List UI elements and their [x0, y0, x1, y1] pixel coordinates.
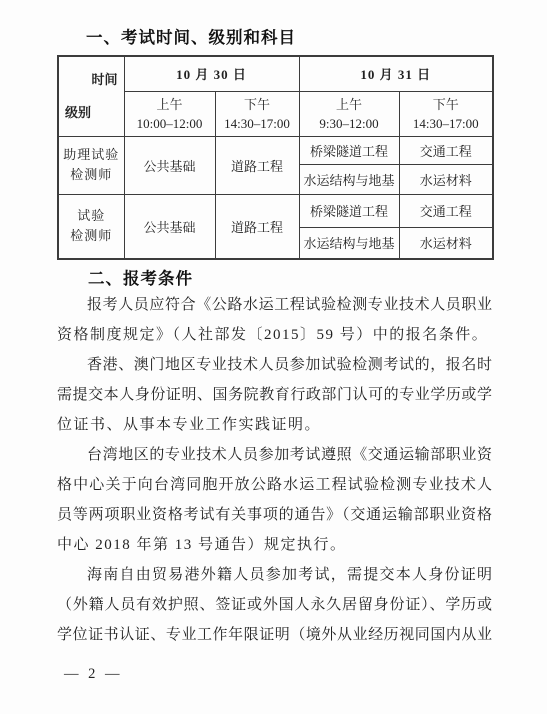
text-line: 格中心关于向台湾同胞开放公路水运工程试验检测专业技术人	[57, 470, 492, 500]
page-number: — 2 —	[64, 666, 547, 683]
text-line: （外籍人员有效护照、签证或外国人永久居留身份证）、学历或	[57, 590, 492, 620]
text-line: 海南自由贸易港外籍人员参加考试，需提交本人身份证明	[57, 560, 492, 590]
corner-level-label: 级别	[65, 102, 91, 121]
subject-cell: 道路工程	[215, 194, 299, 259]
session-time: 14:30–17:00	[216, 114, 299, 133]
corner-time-label: 时间	[91, 69, 117, 88]
date-header-oct31: 10 月 31 日	[299, 56, 493, 91]
session-period: 上午	[125, 95, 215, 114]
session-period: 下午	[400, 95, 493, 114]
subject-cell: 水运材料	[399, 164, 493, 194]
subject-cell: 道路工程	[215, 136, 299, 194]
subject-cell: 桥梁隧道工程	[299, 194, 399, 227]
subject-cell: 水运材料	[399, 227, 493, 259]
subject-cell: 水运结构与地基	[299, 164, 399, 194]
document-page: 一、考试时间、级别和科目 时间 级别 10 月 30 日 10 月 31 日 上…	[0, 0, 547, 714]
level-assistant-inspector: 助理试验 检测师	[58, 136, 124, 194]
date-header-oct30: 10 月 30 日	[124, 56, 299, 91]
body-text: 报考人员应符合《公路水运工程试验检测专业技术人员职业 资格制度规定》（人社部发〔…	[57, 290, 492, 650]
text-line: 员等两项职业资格考试有关事项的通告》（交通运输部职业资格	[57, 500, 492, 530]
session-header: 上午 10:00–12:00	[124, 91, 215, 136]
text-line: 需提交本人身份证明、国务院教育行政部门认可的专业学历或学	[57, 380, 492, 410]
level-inspector: 试验 检测师	[58, 194, 124, 259]
subject-cell: 水运结构与地基	[299, 227, 399, 259]
subject-cell: 公共基础	[124, 194, 215, 259]
text-line: 台湾地区的专业技术人员参加考试遵照《交通运输部职业资	[57, 440, 492, 470]
text-line: 资格制度规定》（人社部发〔2015〕59 号）中的报名条件。	[57, 320, 492, 350]
session-header: 下午 14:30–17:00	[215, 91, 299, 136]
text-line: 位证书、从事本专业工作实践证明。	[57, 410, 492, 440]
section1-heading: 一、考试时间、级别和科目	[86, 28, 547, 48]
session-period: 上午	[300, 95, 399, 114]
subject-cell: 桥梁隧道工程	[299, 136, 399, 164]
subject-cell: 交通工程	[399, 194, 493, 227]
session-time: 9:30–12:00	[300, 114, 399, 133]
session-time: 10:00–12:00	[125, 114, 215, 133]
exam-schedule-table: 时间 级别 10 月 30 日 10 月 31 日 上午 10:00–12:00…	[57, 55, 494, 260]
text-line: 学位证书认证、专业工作年限证明（境外从业经历视同国内从业	[57, 620, 492, 650]
session-header: 上午 9:30–12:00	[299, 91, 399, 136]
session-time: 14:30–17:00	[400, 114, 493, 133]
text-line: 香港、澳门地区专业技术人员参加试验检测考试的，报名时	[57, 350, 492, 380]
table-corner-cell: 时间 级别	[58, 56, 124, 136]
text-line: 中心 2018 年第 13 号通告）规定执行。	[57, 530, 492, 560]
section2-heading: 二、报考条件	[88, 270, 547, 288]
subject-cell: 公共基础	[124, 136, 215, 194]
text-line: 报考人员应符合《公路水运工程试验检测专业技术人员职业	[57, 290, 492, 320]
session-header: 下午 14:30–17:00	[399, 91, 493, 136]
session-period: 下午	[216, 95, 299, 114]
subject-cell: 交通工程	[399, 136, 493, 164]
